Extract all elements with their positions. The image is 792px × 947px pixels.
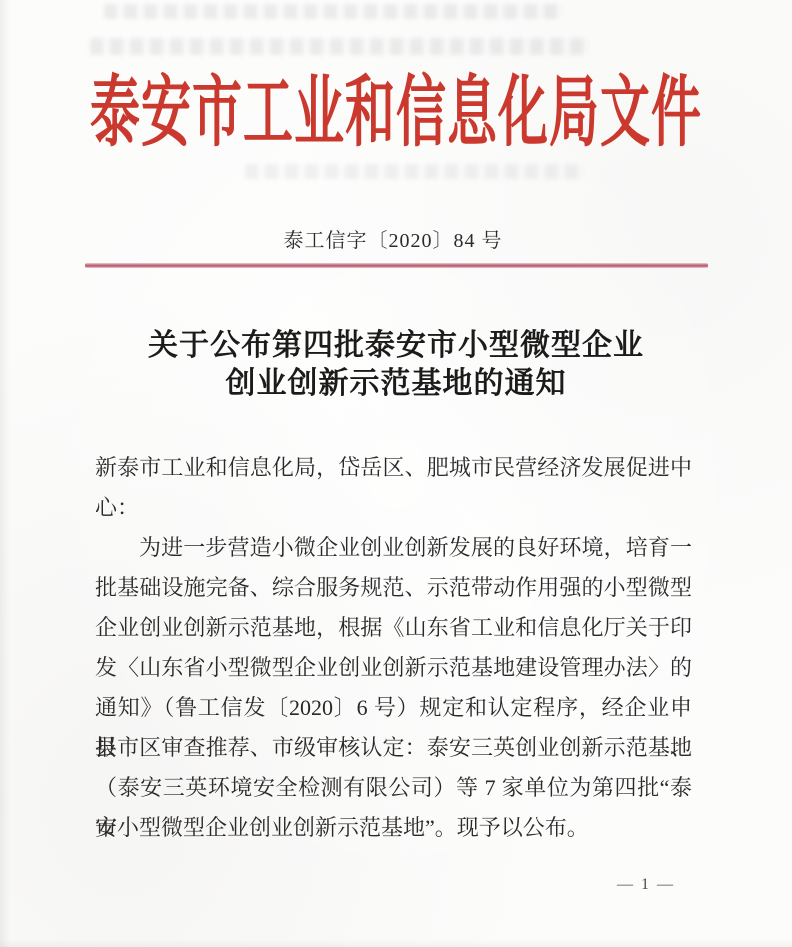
bleed-through-text-top-1 — [104, 4, 564, 19]
document-title: 关于公布第四批泰安市小型微型企业 创业创新示范基地的通知 — [0, 327, 792, 403]
document-body: 新泰市工业和信息化局，岱岳区、肥城市民营经济发展促进中 心： 为进一步营造小微企… — [95, 448, 692, 848]
document-reference-number: 泰工信字〔2020〕84 号 — [0, 224, 786, 253]
body-line-paragraph: 批基础设施完备、综合服务规范、示范带动作用强的小型微型 — [95, 568, 692, 608]
agency-header-title: 泰安市工业和信息化局文件 — [0, 50, 792, 174]
body-line-paragraph: （泰安三英环境安全检测有限公司）等 7 家单位为第四批“泰安 — [95, 768, 692, 808]
body-line-paragraph: 县市区审查推荐、市级审核认定：泰安三英创业创新示范基地 — [95, 728, 692, 768]
body-line-paragraph: 为进一步营造小微企业创业创新发展的良好环境，培育一 — [95, 528, 692, 568]
scanned-document-page: 泰安市工业和信息化局文件 泰工信字〔2020〕84 号 关于公布第四批泰安市小型… — [0, 0, 792, 947]
document-title-line1: 关于公布第四批泰安市小型微型企业 — [0, 327, 792, 365]
body-line-salutation: 新泰市工业和信息化局，岱岳区、肥城市民营经济发展促进中 — [95, 448, 692, 488]
page-number: — 1 — — [600, 876, 692, 894]
body-line-paragraph: 企业创业创新示范基地，根据《山东省工业和信息化厅关于印 — [95, 608, 692, 648]
body-line-paragraph: 发〈山东省小型微型企业创业创新示范基地建设管理办法〉的 — [95, 648, 692, 688]
body-line-paragraph-end: 市小型微型企业创业创新示范基地”。现予以公布。 — [95, 808, 692, 848]
bleed-through-text-middle — [245, 164, 585, 179]
document-title-line2: 创业创新示范基地的通知 — [0, 365, 792, 403]
red-divider-line — [85, 263, 708, 268]
body-line-salutation-end: 心： — [95, 488, 692, 528]
body-line-paragraph: 通知》（鲁工信发〔2020〕6 号）规定和认定程序，经企业申报、 — [95, 688, 692, 728]
